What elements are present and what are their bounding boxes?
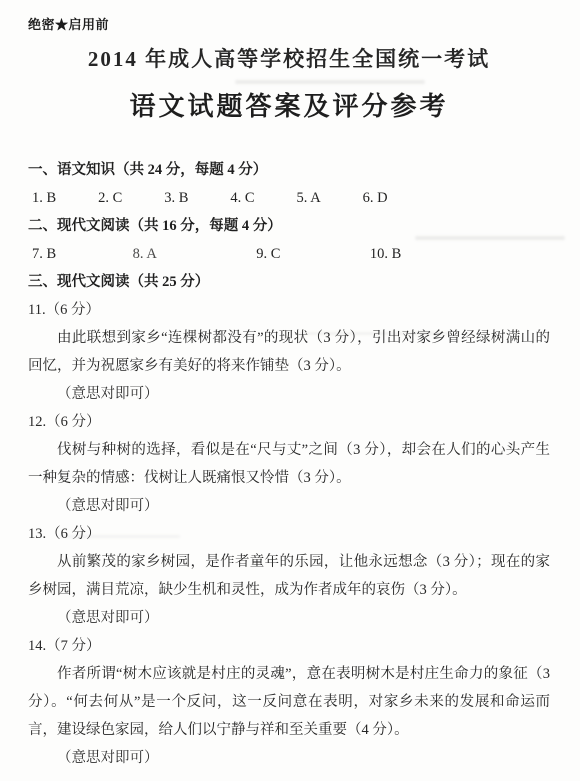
section2-heading: 二、现代文阅读（共 16 分，每题 4 分） — [28, 212, 550, 240]
question-14-number: 14.（7 分） — [28, 632, 550, 660]
answer-item-6: 6. D — [363, 184, 426, 212]
question-11-body: 由此联想到家乡“连棵树都没有”的现状（3 分），引出对家乡曾经绿树满山的回忆，并… — [28, 324, 550, 380]
question-13-note: （意思对即可） — [28, 604, 550, 632]
section1-heading: 一、语文知识（共 24 分，每题 4 分） — [28, 156, 550, 184]
question-13-number: 13.（6 分） — [28, 520, 550, 548]
scan-artifact — [235, 80, 425, 84]
answer-item-8: 8. A — [133, 240, 253, 268]
classification-label: 绝密★启用前 — [28, 14, 550, 33]
answer-item-4: 4. C — [230, 184, 293, 212]
question-13-body: 从前繁茂的家乡树园，是作者童年的乐园，让他永远想念（3 分）；现在的家乡树园，满… — [28, 548, 550, 604]
question-11-note: （意思对即可） — [28, 380, 550, 408]
answer-item-9: 9. C — [256, 240, 366, 268]
question-12-number: 12.（6 分） — [28, 408, 550, 436]
answer-item-2: 2. C — [98, 184, 161, 212]
section1-answer-row: 1. B 2. C 3. B 4. C 5. A 6. D — [28, 184, 550, 212]
answer-item-1: 1. B — [32, 184, 95, 212]
answer-key-content: 一、语文知识（共 24 分，每题 4 分） 1. B 2. C 3. B 4. … — [28, 156, 550, 772]
answer-item-3: 3. B — [164, 184, 227, 212]
question-12-note: （意思对即可） — [28, 492, 550, 520]
question-14-note: （意思对即可） — [28, 744, 550, 772]
document-page: 绝密★启用前 2014 年成人高等学校招生全国统一考试 语文试题答案及评分参考 … — [0, 0, 580, 781]
answer-item-5: 5. A — [297, 184, 360, 212]
answer-item-7: 7. B — [32, 240, 129, 268]
question-11-number: 11.（6 分） — [28, 296, 550, 324]
answer-item-10: 10. B — [370, 240, 401, 268]
exam-subtitle: 语文试题答案及评分参考 — [28, 86, 550, 123]
section3-heading: 三、现代文阅读（共 25 分） — [28, 268, 550, 296]
question-14-body: 作者所谓“树木应该就是村庄的灵魂”，意在表明树木是村庄生命力的象征（3 分）。“… — [28, 660, 550, 744]
section2-answer-row: 7. B 8. A 9. C 10. B — [28, 240, 550, 268]
question-12-body: 伐树与种树的选择，看似是在“尺与丈”之间（3 分），却会在人们的心头产生一种复杂… — [28, 436, 550, 492]
exam-title: 2014 年成人高等学校招生全国统一考试 — [28, 43, 550, 73]
